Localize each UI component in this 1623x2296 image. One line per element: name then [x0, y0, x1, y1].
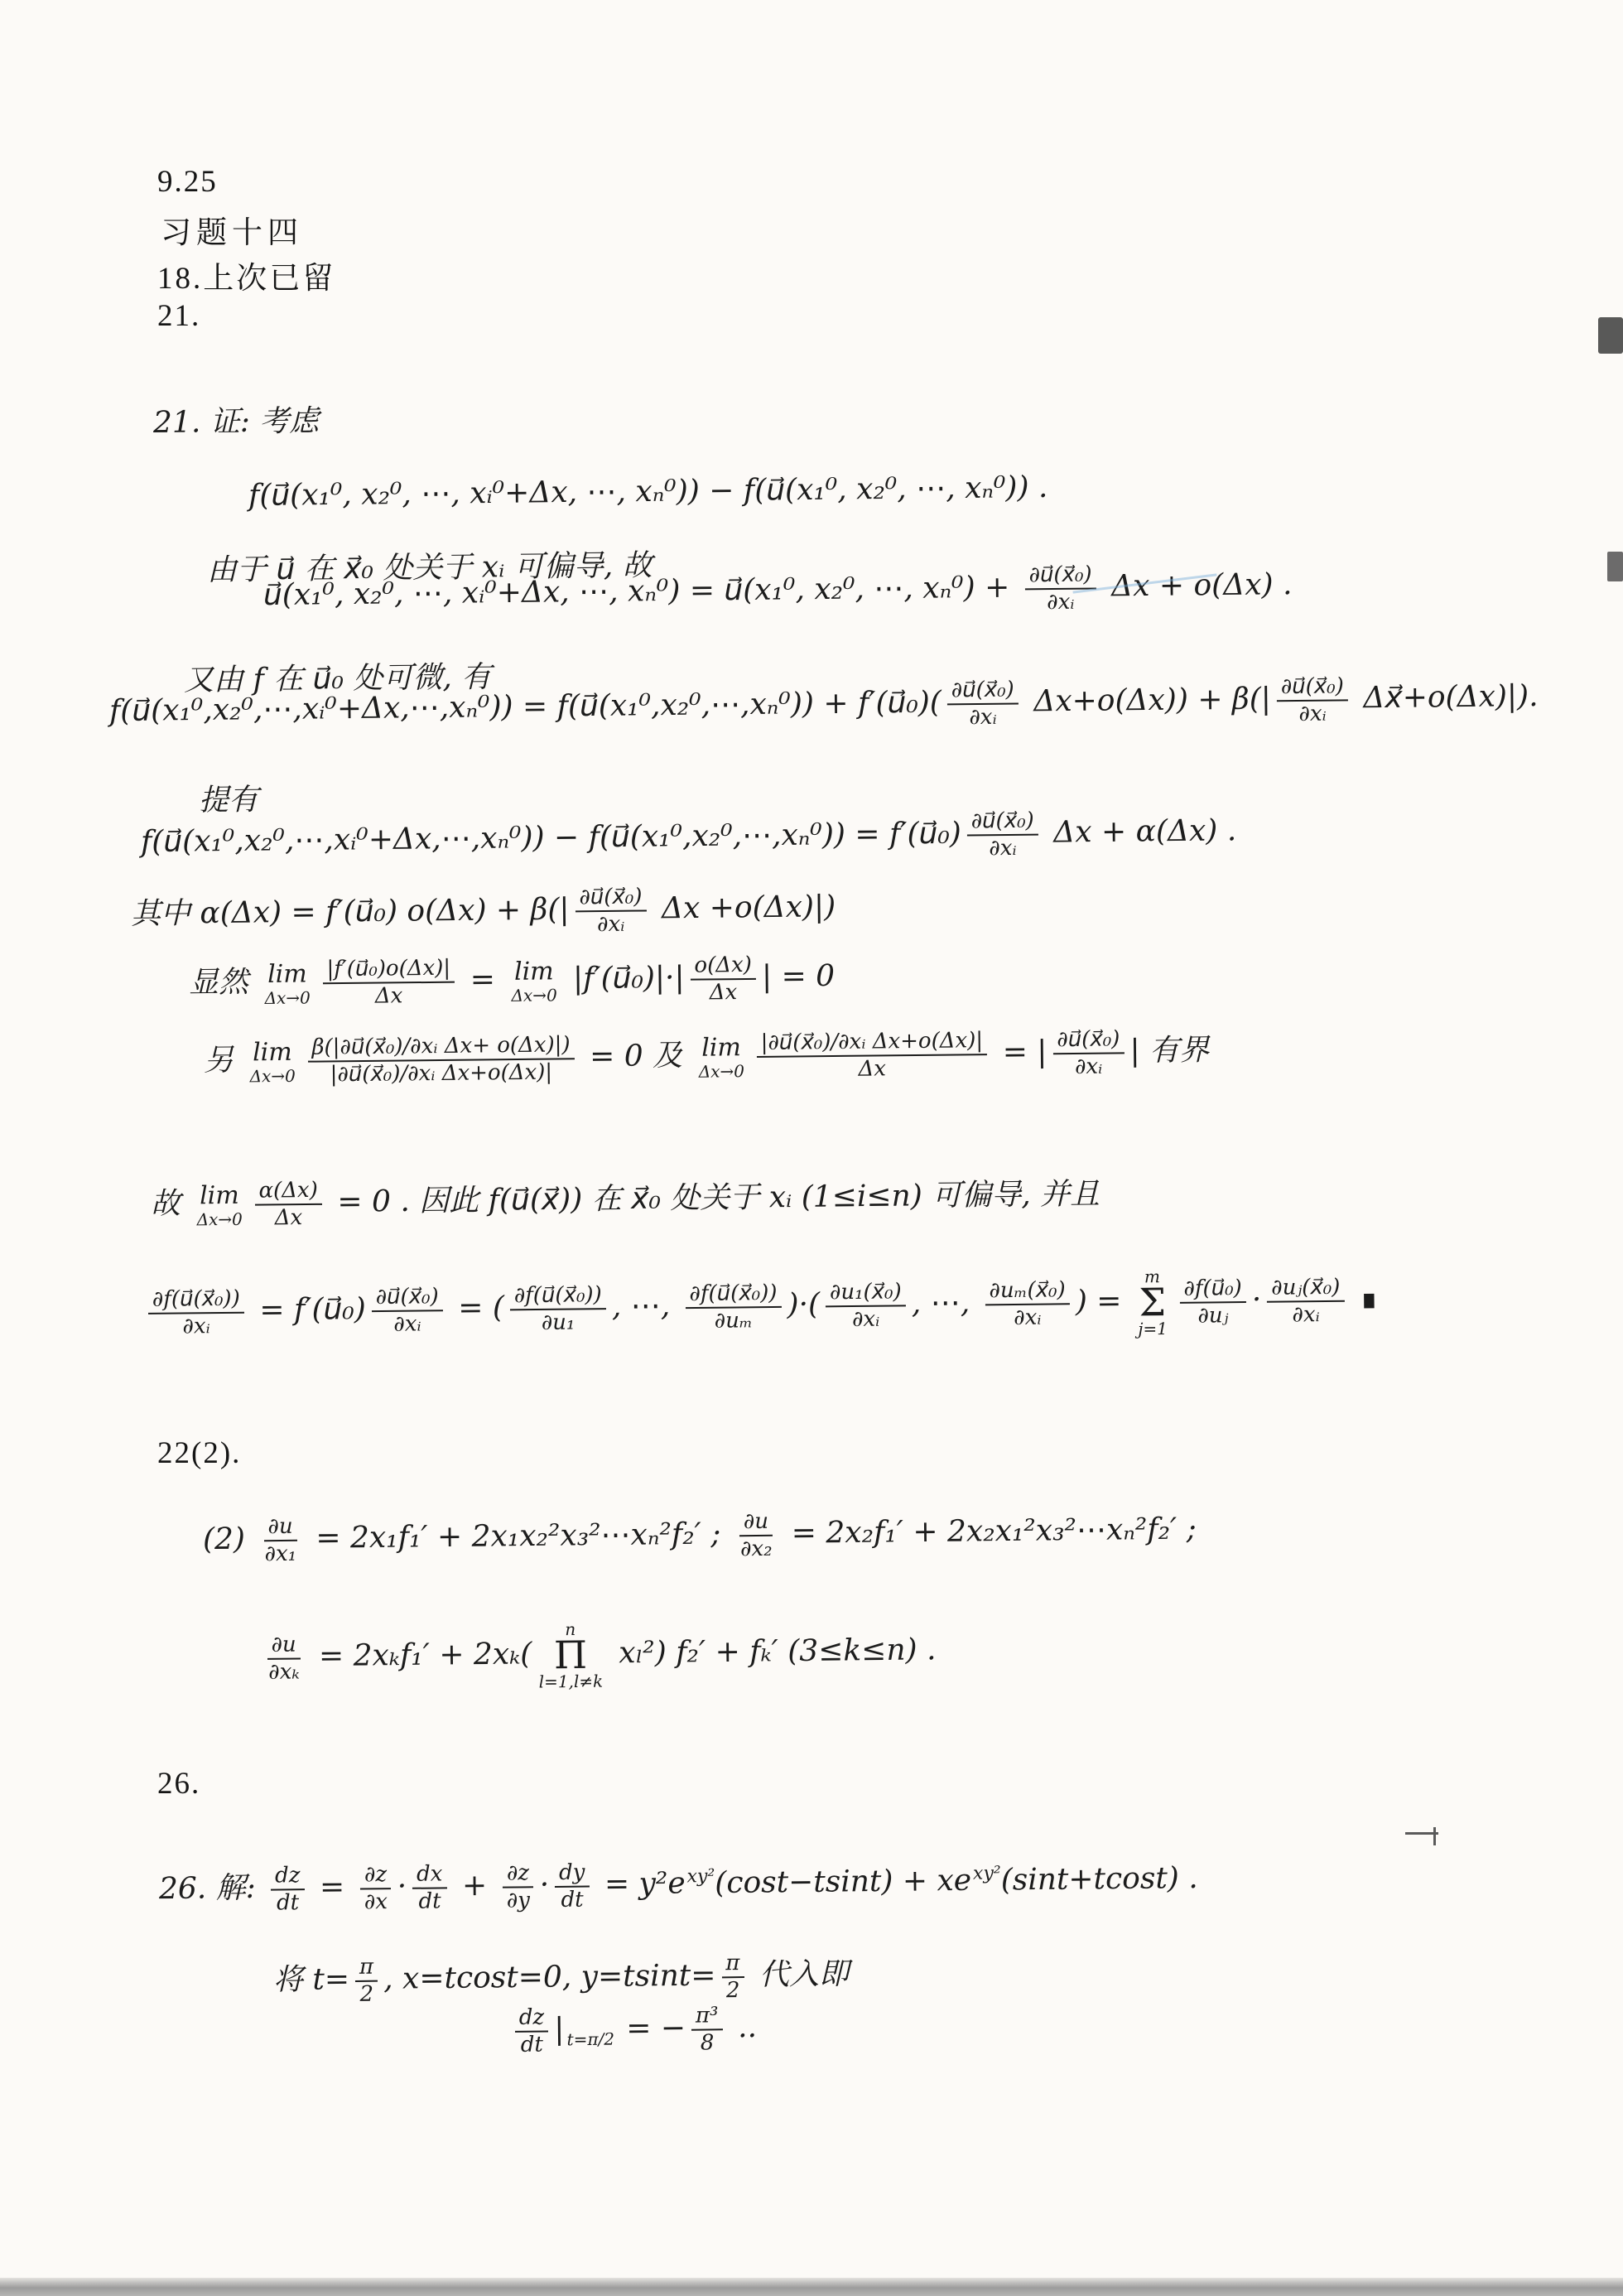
scan-bottom-edge-shadow: [0, 2278, 1623, 2296]
hw-line: 26. 解: dzdt = ∂z∂x·dxdt + ∂z∂y·dydt = y²…: [159, 1855, 1198, 1917]
hw-line: 将 t=π2, x=tcost=0, y=tsint=π2 代入即: [273, 1951, 850, 2008]
hw-section26: 26. 解: dzdt = ∂z∂x·dxdt + ∂z∂y·dydt = y²…: [0, 0, 1623, 2296]
scan-edge-mark-icon: [1598, 317, 1623, 354]
hw-line: dzdt|t=π/2 = −π³8 ..: [509, 2004, 758, 2057]
scanned-homework-page: 9.25 习题十四 18.上次已留 21. 22(2). 26. 21. 证: …: [0, 0, 1623, 2296]
scan-cross-mark: [1403, 1822, 1441, 1850]
scan-edge-mark-icon: [1607, 552, 1623, 581]
